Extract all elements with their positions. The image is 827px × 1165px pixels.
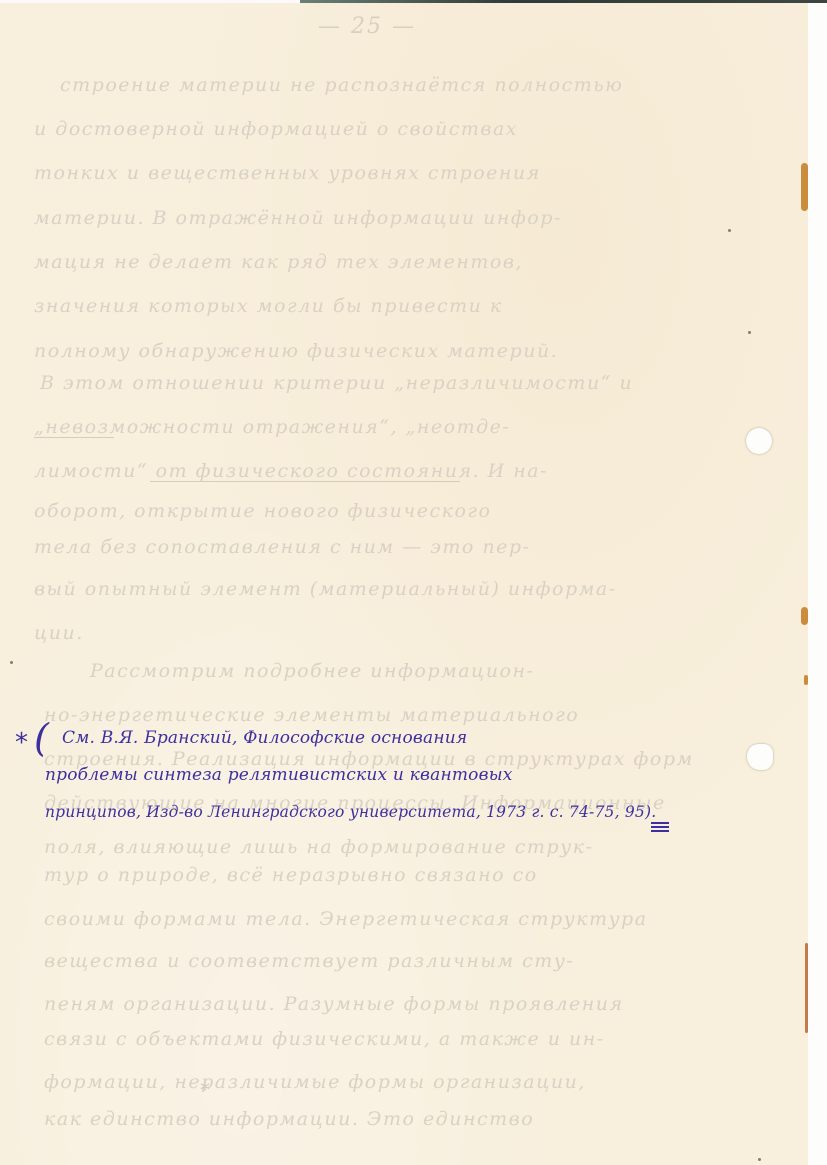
page-number: — 25 — [318, 14, 416, 39]
body-line: связи с объектами физическими, а также и… [44, 1028, 605, 1050]
body-line: поля, влияющие лишь на формирование стру… [44, 836, 593, 858]
footnote-reference-asterisk: * [200, 1078, 210, 1102]
body-line: Рассмотрим подробнее информацион- [90, 660, 534, 682]
emphasis-underline [651, 826, 669, 828]
body-line: тур о природе, всё неразрывно связано со [44, 864, 538, 886]
body-line: материи. В отражённой информации инфор- [34, 207, 562, 229]
body-line: оборот, открытие нового физического [34, 500, 491, 522]
emphasis-underline [651, 830, 669, 832]
body-line: ции. [34, 622, 84, 644]
paper-speck [728, 229, 731, 232]
paper-speck [748, 331, 751, 334]
paper-speck [10, 661, 13, 664]
tape-mark [801, 607, 808, 625]
emphasis-underline [651, 822, 669, 824]
scan-right-margin [808, 3, 827, 1165]
footnote-line-3: принципов, Изд-во Ленинградского универс… [45, 803, 656, 821]
body-line: строение материи не распознаётся полност… [60, 74, 623, 96]
body-line: пеням организации. Разумные формы проявл… [44, 993, 624, 1015]
footnote-line-2: проблемы синтеза релятивистских и кванто… [45, 765, 513, 785]
body-line: В этом отношении критерии „неразличимост… [40, 372, 633, 394]
tape-mark [804, 675, 808, 685]
body-line: но-энергетические элементы материального [44, 704, 579, 726]
body-line: полному обнаружению физических материй. [34, 340, 558, 362]
body-line: вещества и соответствует различным сту- [44, 950, 574, 972]
paper-speck [758, 1158, 761, 1161]
underline [150, 481, 460, 482]
tape-mark [801, 163, 808, 211]
body-line: „невозможности отражения“, „неотде- [34, 416, 510, 438]
body-line: тела без сопоставления с ним — это пер- [34, 536, 530, 558]
punch-hole [747, 744, 773, 770]
underline [34, 437, 114, 438]
body-line: вый опытный элемент (материальный) инфор… [34, 578, 617, 600]
body-line: лимости“ от физического состояния. И на- [34, 460, 548, 482]
body-line: и достоверной информацией о свойствах [34, 118, 518, 140]
body-line: как единство информации. Это единство [44, 1108, 534, 1130]
body-line: тонких и вещественных уровнях строения [34, 162, 541, 184]
tape-mark [805, 943, 808, 1033]
footnote-asterisk: * [15, 728, 28, 758]
punch-hole [746, 428, 772, 454]
body-line: своими формами тела. Энергетическая стру… [44, 908, 648, 930]
body-line: формации, неразличимые формы организации… [44, 1071, 586, 1093]
body-line: мация не делает как ряд тех элементов, [34, 251, 523, 273]
body-line: значения которых могли бы привести к [34, 295, 503, 317]
footnote-line-1: См. В.Я. Бранский, Философские основания [62, 728, 467, 748]
footnote-open-paren: ( [34, 716, 49, 760]
